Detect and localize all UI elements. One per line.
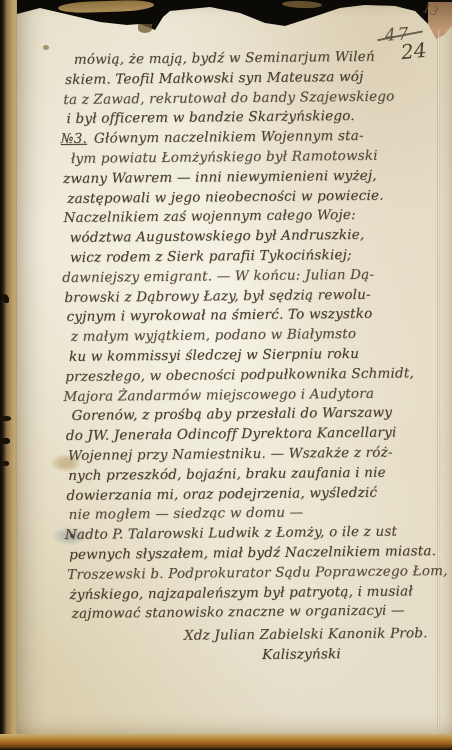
signature-block: Xdz Julian Zabielski Kanonik Prob. Kalis… [66,624,448,668]
torn-edge-notch [138,24,152,33]
manuscript-line: Troszewski b. Podprokurator Sądu Poprawc… [67,562,447,586]
manuscript-line: Wojennej przy Namiestniku. — Wszakże z r… [68,443,446,467]
binding-page-edges [0,0,17,750]
paper-speck [43,45,49,50]
paragraph-number: №3. [61,131,87,147]
signature-line: Xdz Julian Zabielski Kanonik Prob. [184,624,448,647]
manuscript-scan: 13 47 24 mówią, że mają, bydź w Seminarj… [0,0,452,750]
manuscript-line: łym powiatu Łomżyńskiego był Ramotowski [71,146,443,170]
manuscript-line: Naczelnikiem zaś wojennym całego Woje: [63,205,443,229]
manuscript-line: ta z Zawad, rekrutował do bandy Szajewsk… [63,87,442,111]
manuscript-line: z małym wyjątkiem, podano w Białymsto [71,324,445,348]
torn-edge-debris [58,0,154,14]
ink-mark [0,416,11,421]
manuscript-line: Nadto P. Talarowski Ludwik z Łomży, o il… [65,522,447,546]
ink-mark [1,438,10,444]
manuscript-line: browski z Dąbrowy Łazy, był sędzią rewol… [64,285,444,309]
ink-mark [2,461,9,466]
manuscript-line: Majora Żandarmów miejscowego i Audytora [63,384,445,408]
signature-line: Kaliszyński [262,644,448,666]
ink-mark [1,294,9,303]
torn-edge-debris [282,0,322,8]
manuscript-line: mówią, że mają, bydź w Seminarjum Wileń [74,47,442,71]
manuscript-text-block: mówią, że mają, bydź w Seminarjum Wileńs… [60,47,448,668]
bottom-page-edges [0,734,452,750]
manuscript-body: mówią, że mają, bydź w Seminarjum Wileńs… [60,47,448,625]
manuscript-line: zajmować stanowisko znaczne w organizacy… [72,601,448,625]
